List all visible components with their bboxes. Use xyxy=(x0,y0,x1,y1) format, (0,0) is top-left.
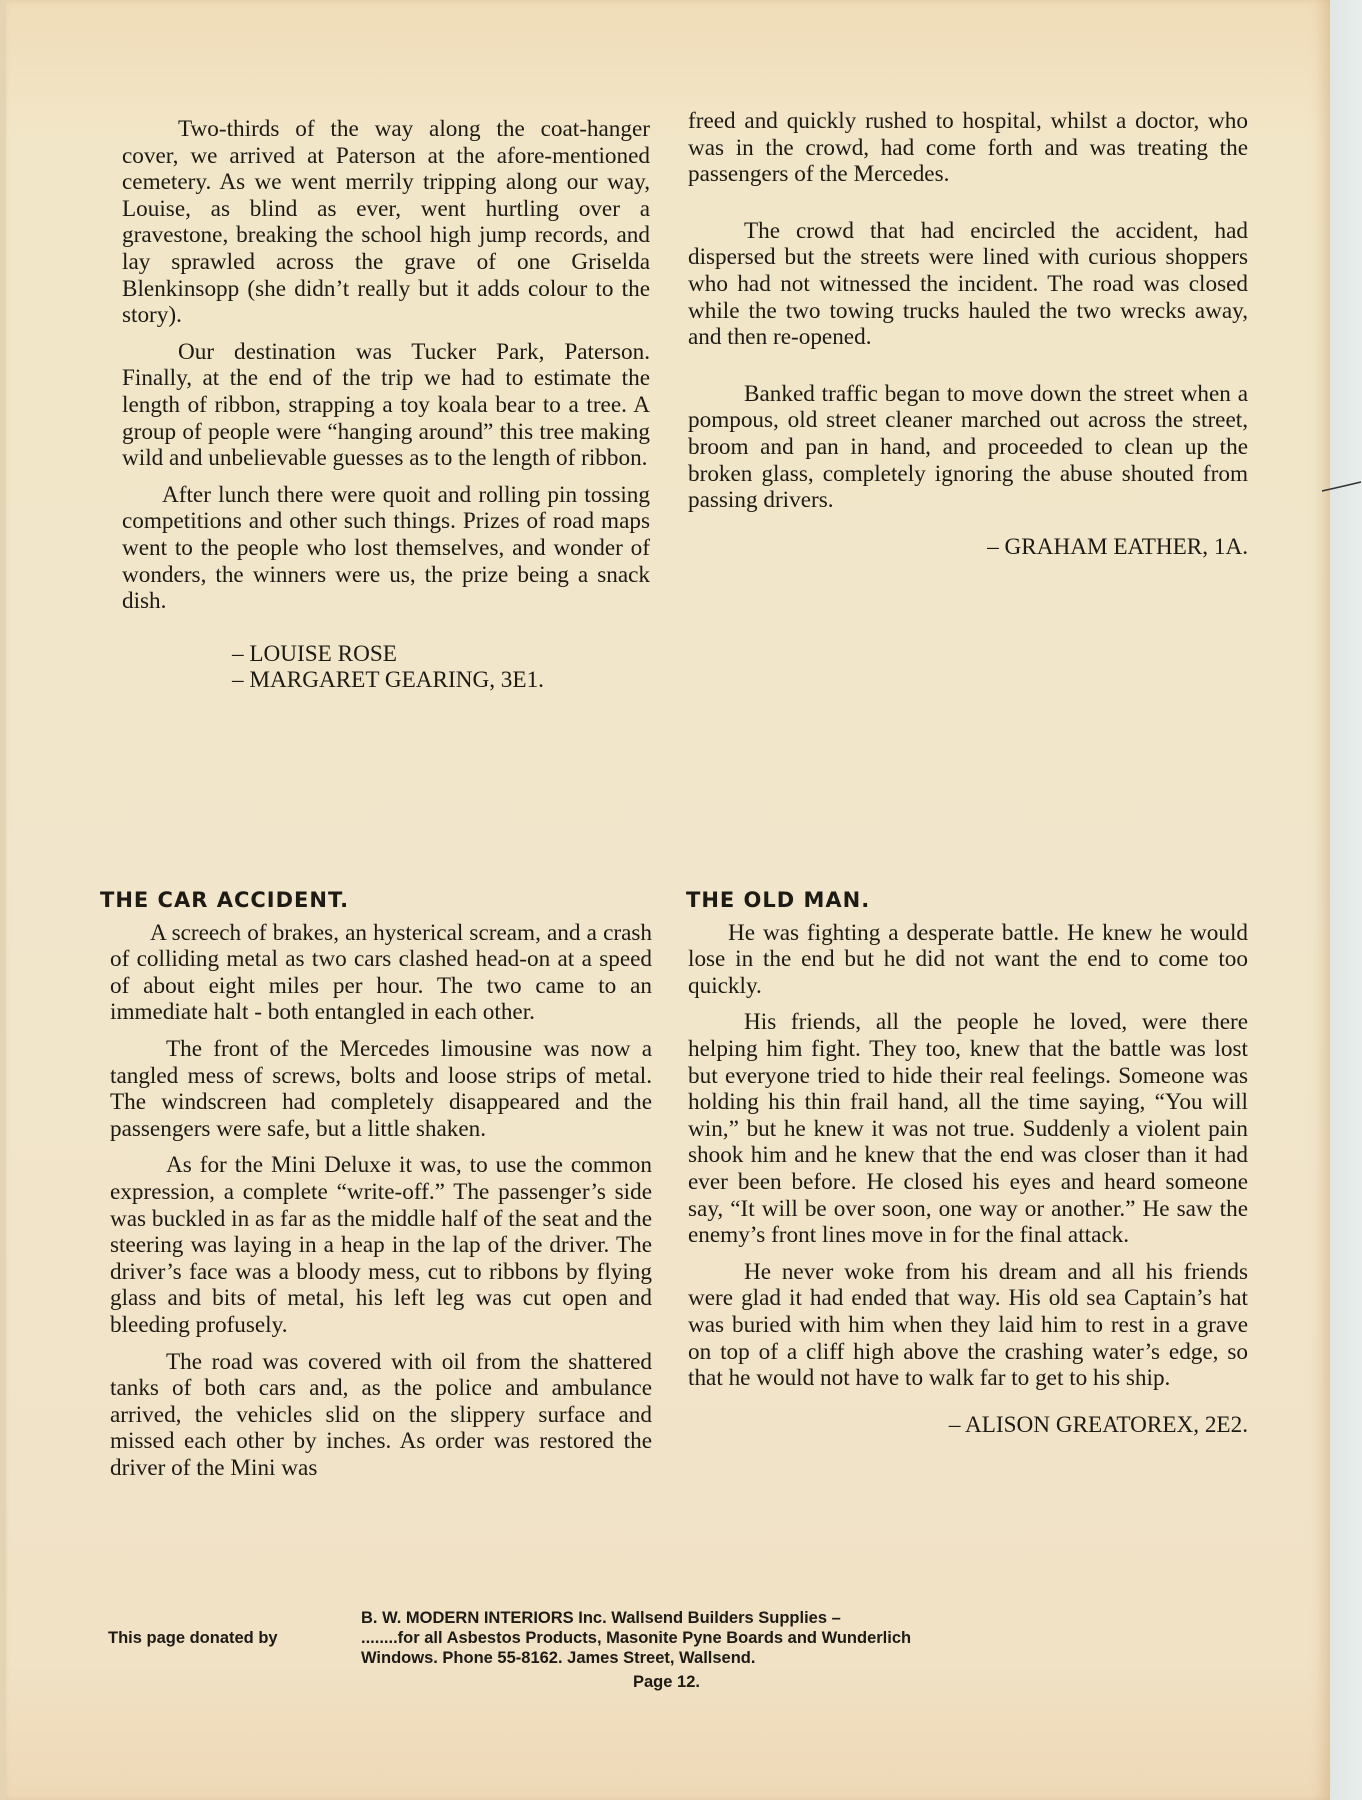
author-byline: – MARGARET GEARING, 3E1. xyxy=(232,667,650,694)
article-paragraph: The crowd that had encircled the acciden… xyxy=(688,218,1248,351)
article-title: THE OLD MAN. xyxy=(686,887,1248,914)
pen-mark-icon xyxy=(1320,480,1362,492)
article-paragraph: He never woke from his dream and all his… xyxy=(688,1259,1248,1392)
donation-label: This page donated by xyxy=(108,1628,278,1648)
author-byline: – GRAHAM EATHER, 1A. xyxy=(688,534,1248,561)
article-paragraph: Two-thirds of the way along the coat-han… xyxy=(122,116,650,329)
article-paragraph: Our destination was Tucker Park, Paterso… xyxy=(122,339,650,472)
article-paragraph: The road was covered with oil from the s… xyxy=(110,1349,652,1482)
article-paragraph: He was fighting a desperate battle. He k… xyxy=(688,920,1248,1000)
page-binding-edge xyxy=(0,0,6,1800)
magazine-page: Two-thirds of the way along the coat-han… xyxy=(0,0,1330,1800)
author-byline: – ALISON GREATOREX, 2E2. xyxy=(688,1412,1248,1439)
article-paragraph: His friends, all the people he loved, we… xyxy=(688,1009,1248,1248)
scan-background-edge xyxy=(1330,0,1362,1800)
outing-article-continuation: Two-thirds of the way along the coat-han… xyxy=(122,116,650,694)
article-paragraph: Banked traffic began to move down the st… xyxy=(688,381,1248,514)
page-number: Page 12. xyxy=(633,1672,700,1692)
article-paragraph: The front of the Mercedes limousine was … xyxy=(110,1036,652,1142)
article-paragraph: A screech of brakes, an hysterical screa… xyxy=(110,920,652,1026)
author-byline: – LOUISE ROSE xyxy=(232,641,650,668)
article-paragraph: After lunch there were quoit and rolling… xyxy=(122,482,650,615)
article-paragraph: freed and quickly rushed to hospital, wh… xyxy=(688,108,1248,188)
article-title: THE CAR ACCIDENT. xyxy=(100,887,652,914)
sponsor-line: B. W. MODERN INTERIORS Inc. Wallsend Bui… xyxy=(361,1608,911,1628)
article-paragraph: As for the Mini Deluxe it was, to use th… xyxy=(110,1152,652,1338)
sponsor-line: Windows. Phone 55-8162. James Street, Wa… xyxy=(361,1648,911,1668)
car-accident-continuation: freed and quickly rushed to hospital, wh… xyxy=(688,108,1248,560)
old-man-article: THE OLD MAN. He was fighting a desperate… xyxy=(686,887,1248,1438)
sponsor-line: ........for all Asbestos Products, Mason… xyxy=(361,1628,911,1648)
car-accident-article: THE CAR ACCIDENT. A screech of brakes, a… xyxy=(100,887,652,1481)
sponsor-advertisement: B. W. MODERN INTERIORS Inc. Wallsend Bui… xyxy=(361,1608,911,1668)
